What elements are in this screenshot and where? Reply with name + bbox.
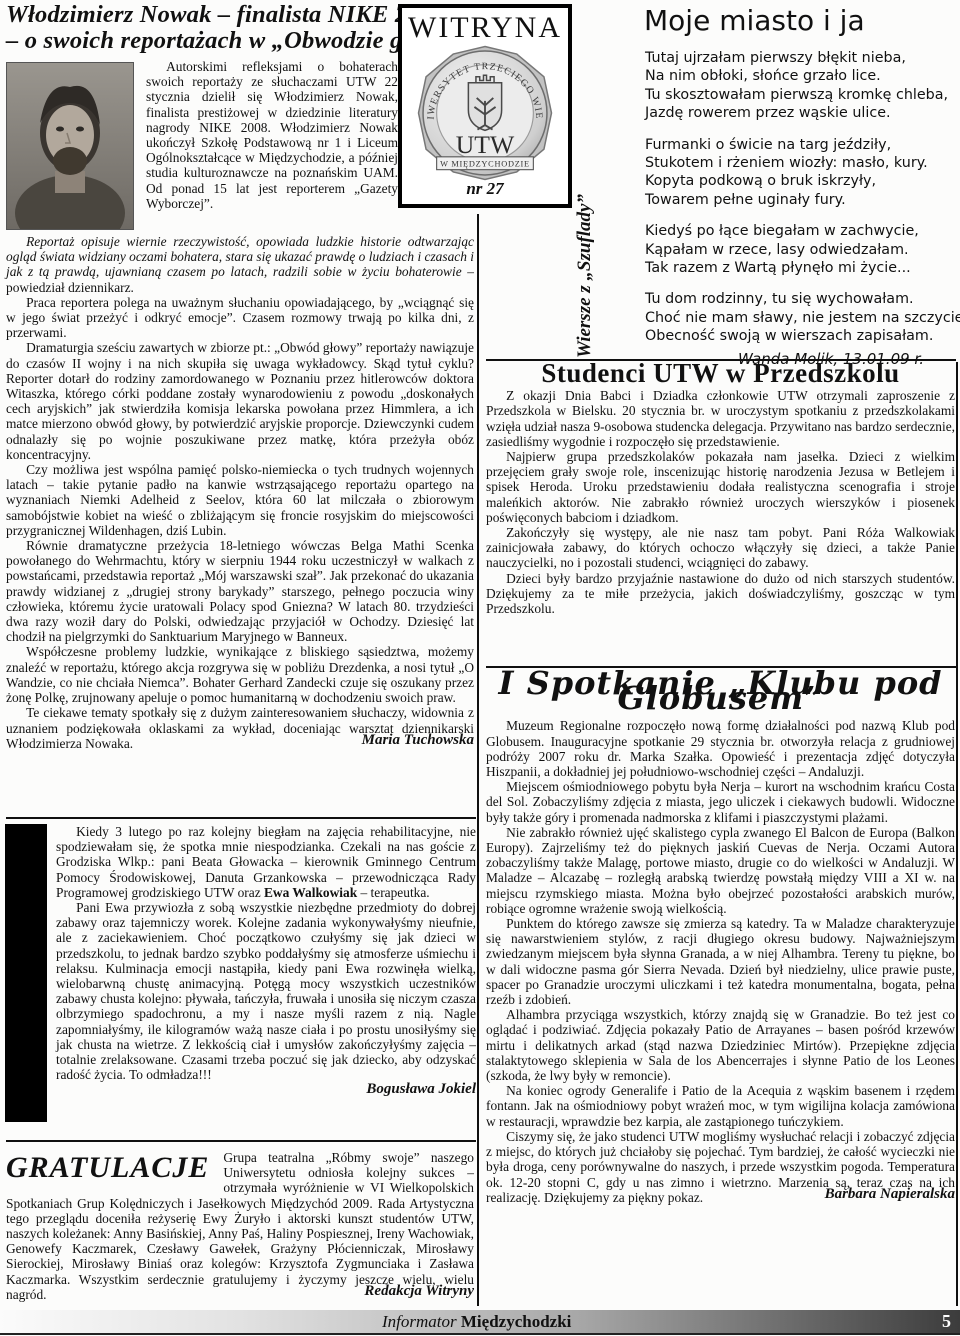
article-klub-paragraph-6: Na koniec ogrody Generalife i Patio de l… [486, 1083, 955, 1129]
column-divider [477, 214, 479, 1306]
article-przedszkole-paragraph-2: Najpierw grupa przedszkolaków pokazała n… [486, 449, 955, 525]
masthead-issue-number: nr 27 [466, 179, 503, 199]
page-edge-line [956, 362, 958, 1306]
poem-stanza: Tutaj ujrzałam pierwszy błękit nieba, Na… [638, 49, 952, 123]
article-przedszkole-paragraph-1: Z okazji Dnia Babci i Dziadka członkowie… [486, 388, 955, 449]
article-goscie-paragraph-2: Pani Ewa przywiozła z sobą wszystkie nie… [56, 900, 476, 1082]
utw-seal: UNIWERSYTET TRZECIEGO WIEKU UTW W MIĘDZY… [417, 45, 553, 181]
article-goscie-label-text: Goście na zajęciach [0, 824, 5, 1122]
article-klub-title: I Spotkanie „Klubu pod Globusem” [486, 676, 955, 706]
article-nowak-title-line2: – o swoich reportażach w „Obwodzie głowy… [6, 27, 462, 54]
poem-line: Tu skosztowałam pierwszą kromkę chleba, [638, 86, 952, 104]
article-gratulacje-heading: GRATULACJE [6, 1152, 209, 1184]
article-przedszkole-paragraph-4: Dzieci były bardzo przyjaźnie nastawione… [486, 571, 955, 617]
poem-line: Furmanki o świcie na targ jeździły, [638, 136, 952, 154]
goscie-p1-tail: – terapeutka. [357, 885, 430, 900]
article-klub-paragraph-3: Nie zabrakło również ujęć skalistego cyp… [486, 825, 955, 916]
poem-line: Kopyta podkową o bruk iskrzyły, [638, 172, 952, 190]
poem-column-vertical-label: Wiersze z „Szuflady” [592, 120, 632, 358]
article-nowak-paragraph-4: Dramaturgia sześciu zawartych w zbiorze … [6, 340, 474, 462]
newsletter-page: Włodzimierz Nowak – finalista NIKE 2008 … [0, 0, 960, 1336]
article-goscie-vertical-label: Goście na zajęciach [5, 824, 47, 1122]
portrait-photo [6, 62, 134, 230]
article-goscie: Goście na zajęciach Kiedy 3 lutego po ra… [5, 824, 476, 1122]
article-klub: I Spotkanie „Klubu pod Globusem” Muzeum … [486, 676, 955, 1202]
article-nowak-paragraph-6: Równie dramatyczne przeżycia 18-letniego… [6, 538, 474, 644]
article-przedszkole-paragraph-3: Zakończyły się występy, ale nie nasz tam… [486, 525, 955, 571]
article-goscie-paragraph-1: Kiedy 3 lutego po raz kolejny biegłam na… [56, 824, 476, 900]
poem-line: Towarem pełne uginały fury. [638, 191, 952, 209]
article-klub-paragraph-1: Muzeum Regionalne rozpoczęło nową formę … [486, 718, 955, 779]
poem-stanza: Tu dom rodzinny, tu się wychowałam. Choć… [638, 290, 952, 345]
poem-line: Stukotem i rżeniem wiozły: masło, kury. [638, 154, 952, 172]
article-goscie-signature: Bogusława Jokiel [56, 1082, 476, 1097]
poem-line: Kąpałam w rzece, lasy odwiedzałam. [638, 241, 952, 259]
footer-name-bold: Międzychodzki [461, 1312, 572, 1331]
article-przedszkole-title: Studenci UTW w Przedszkolu [486, 366, 955, 381]
masthead-box: WITRYNA UNIWERSYTET TRZECIEGO WIEKU UTW … [398, 4, 572, 208]
poem-stanza: Kiedyś po łące biegałam w zachwycie, Kąp… [638, 222, 952, 277]
seal-center-text: UTW [456, 130, 515, 159]
seal-banner-text: W MIĘDZYCHODZIE [440, 160, 530, 169]
poem-line: Kiedyś po łące biegałam w zachwycie, [638, 222, 952, 240]
goscie-p1-name-bold: Ewa Walkowiak [264, 885, 357, 900]
article-klub-paragraph-5: Alhambra przyciąga wszystkich, którzy zn… [486, 1007, 955, 1083]
article-goscie-body: Kiedy 3 lutego po raz kolejny biegłam na… [56, 824, 476, 1122]
article-gratulacje: GRATULACJE Grupa teatralna „Róbmy swoje”… [6, 1150, 474, 1299]
footer-page-number: 5 [942, 1310, 951, 1333]
quote-italic: Reportaż opisuje wiernie rzeczywistość, … [6, 234, 474, 279]
poem-section: Moje miasto i ja Tutaj ujrzałam pierwszy… [638, 2, 952, 368]
horizontal-rule [6, 817, 476, 819]
article-nowak-paragraph-2: Reportaż opisuje wiernie rzeczywistość, … [6, 234, 474, 295]
poem-stanza: Furmanki o świcie na targ jeździły, Stuk… [638, 136, 952, 210]
poem-title: Moje miasto i ja [644, 4, 952, 37]
poem-line: Tu dom rodzinny, tu się wychowałam. [638, 290, 952, 308]
article-nowak-paragraph-7: Współczesne problemy ludzkie, wynikające… [6, 644, 474, 705]
poem-line: Obecność swoją w wierszach zapisałam. [638, 327, 952, 345]
article-przedszkole: Studenci UTW w Przedszkolu Z okazji Dnia… [486, 366, 955, 616]
poem-line: Na nim obłoki, słońce grzało lice. [638, 67, 952, 85]
article-nowak-title-line1: Włodzimierz Nowak – finalista NIKE 2008 [6, 1, 445, 28]
footer-name-italic: Informator [382, 1312, 457, 1331]
masthead-title: WITRYNA [408, 11, 562, 45]
footer-bar: Informator Międzychodzki 5 [0, 1310, 960, 1335]
article-klub-paragraph-4: Punktem do którego zawsze się zmierza są… [486, 916, 955, 1007]
poem-line: Choć nie mam sławy, nie jestem na szczyc… [638, 309, 952, 327]
footer-publication-name: Informator Międzychodzki [382, 1310, 571, 1333]
poem-vertical-label-text: Wiersze z „Szuflady” [574, 194, 596, 358]
poem-line: Tak razem z Wartą płynęło mi życie... [638, 259, 952, 277]
article-nowak-paragraph-3: Praca reportera polega na uważnym słucha… [6, 295, 474, 341]
article-klub-paragraph-2: Miejscem ośmiodniowego pobytu była Nerja… [486, 779, 955, 825]
article-nowak-paragraph-5: Czy możliwa jest wspólna pamięć polsko-n… [6, 462, 474, 538]
portrait-photo-image [7, 63, 133, 229]
horizontal-rule [6, 1140, 476, 1142]
article-nowak-lead-zone: Autorskimi refleksjami o bohaterach swoi… [6, 59, 398, 211]
poem-line: Tutaj ujrzałam pierwszy błękit nieba, [638, 49, 952, 67]
poem-line: Jazdę rowerem przez wąskie ulice. [638, 104, 952, 122]
